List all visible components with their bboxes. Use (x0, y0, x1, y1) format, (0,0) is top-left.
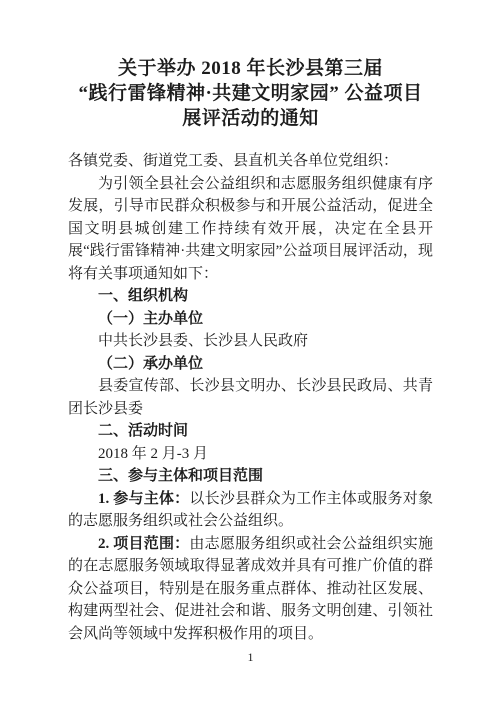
subsection-text-1-1: 中共长沙县委、长沙县人民政府 (68, 330, 433, 353)
page-number: 1 (0, 650, 501, 665)
document-title: 关于举办 2018 年长沙县第三届 “践行雷锋精神·共建文明家园” 公益项目 展… (68, 56, 433, 131)
document-body: 各镇党委、街道党工委、县直机关各单位党组织： 为引领全县社会公益组织和志愿服务组… (68, 150, 433, 645)
document-page: 关于举办 2018 年长沙县第三届 “践行雷锋精神·共建文明家园” 公益项目 展… (0, 0, 501, 712)
title-line-1: 关于举办 2018 年长沙县第三届 (68, 56, 433, 81)
section-text-2: 2018 年 2 月-3 月 (68, 443, 433, 466)
salutation: 各镇党委、街道党工委、县直机关各单位党组织： (68, 150, 433, 173)
item-2-label: 2. 项目范围： (98, 536, 189, 552)
section-heading-2: 二、活动时间 (68, 420, 433, 443)
section-item-3-1: 1. 参与主体：以长沙县群众为工作主体或服务对象的志愿服务组织或社会公益组织。 (68, 488, 433, 533)
title-line-2: “践行雷锋精神·共建文明家园” 公益项目 (68, 81, 433, 106)
title-line-3: 展评活动的通知 (68, 106, 433, 131)
section-heading-1: 一、组织机构 (68, 285, 433, 308)
document-content: 关于举办 2018 年长沙县第三届 “践行雷锋精神·共建文明家园” 公益项目 展… (68, 56, 433, 645)
section-item-3-2: 2. 项目范围：由志愿服务组织或社会公益组织实施的在志愿服务领域取得显著成效并具… (68, 533, 433, 646)
section-heading-3: 三、参与主体和项目范围 (68, 465, 433, 488)
subsection-heading-1-2: （二）承办单位 (68, 353, 433, 376)
subsection-text-1-2: 县委宣传部、长沙县文明办、长沙县民政局、共青团长沙县委 (68, 375, 433, 420)
intro-paragraph: 为引领全县社会公益组织和志愿服务组织健康有序发展，引导市民群众积极参与和开展公益… (68, 173, 433, 286)
item-1-label: 1. 参与主体： (98, 491, 189, 507)
subsection-heading-1-1: （一）主办单位 (68, 308, 433, 331)
